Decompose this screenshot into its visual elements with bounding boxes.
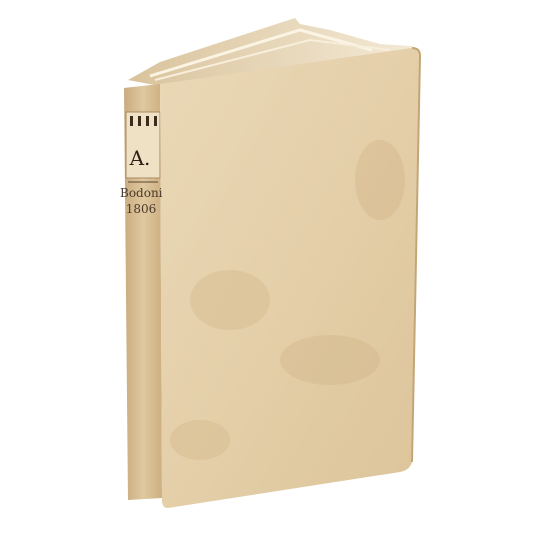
spine-label-letter: A.: [120, 146, 160, 170]
spine-author: Bodoni: [120, 186, 162, 200]
photo-stage: A. Bodoni 1806: [0, 0, 550, 550]
book-illustration: [0, 0, 550, 550]
spine-year: 1806: [120, 202, 162, 216]
